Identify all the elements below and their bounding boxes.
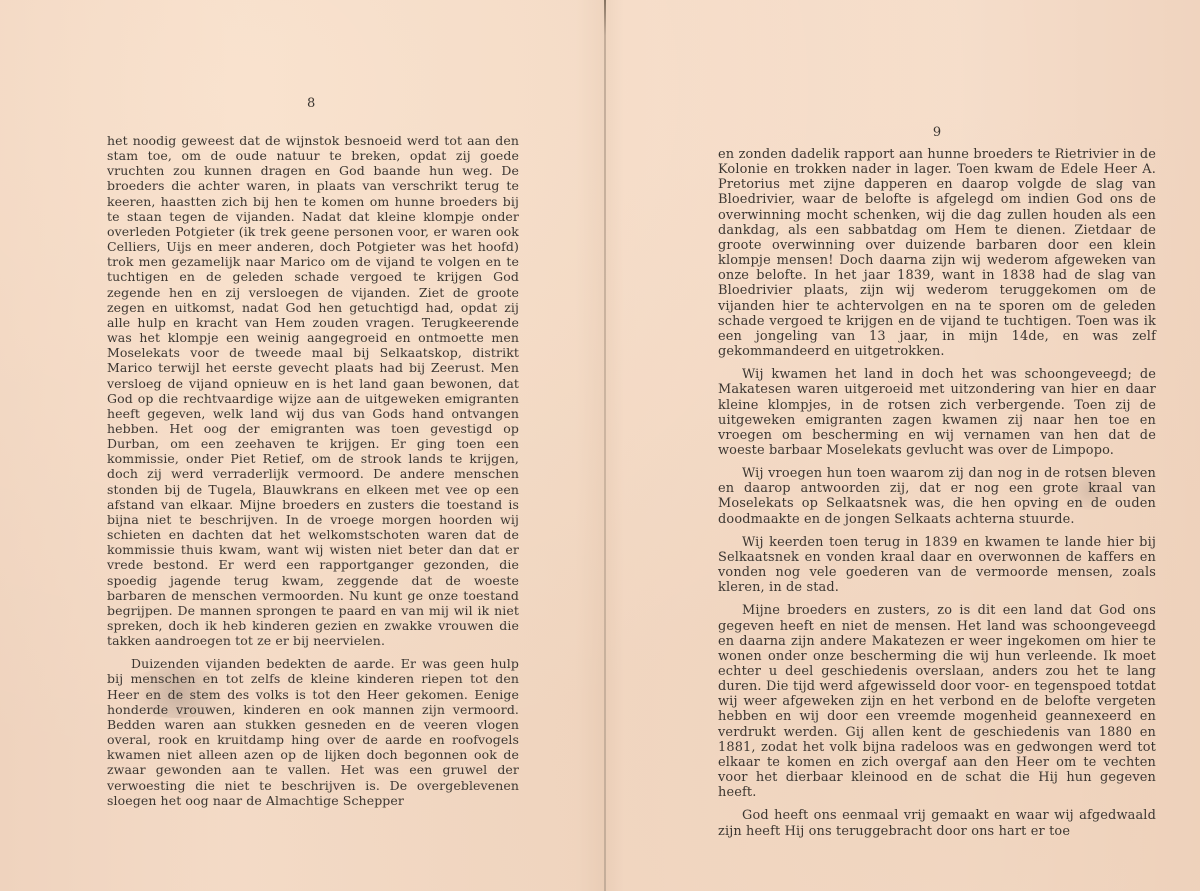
paragraph: God heeft ons eenmaal vrij gemaakt en wa… — [718, 808, 1156, 838]
paragraph: en zonden dadelik rapport aan hunne broe… — [718, 147, 1156, 359]
paragraph: Duizenden vijanden bedekten de aarde. Er… — [107, 656, 519, 808]
page-number: 8 — [107, 96, 519, 112]
paragraph: Mijne broeders en zusters, zo is dit een… — [718, 603, 1156, 800]
paragraph: Wij keerden toen terug in 1839 en kwamen… — [718, 535, 1156, 596]
right-page: 9 en zonden dadelik rapport aan hunne br… — [718, 125, 1156, 839]
page-number: 9 — [718, 125, 1156, 141]
paragraph: het noodig geweest dat de wijnstok besno… — [107, 133, 519, 648]
center-fold — [604, 0, 606, 891]
left-page: 8 het noodig geweest dat de wijnstok bes… — [107, 100, 519, 808]
paragraph: Wij kwamen het land in doch het was scho… — [718, 367, 1156, 458]
paragraph: Wij vroegen hun toen waarom zij dan nog … — [718, 466, 1156, 527]
